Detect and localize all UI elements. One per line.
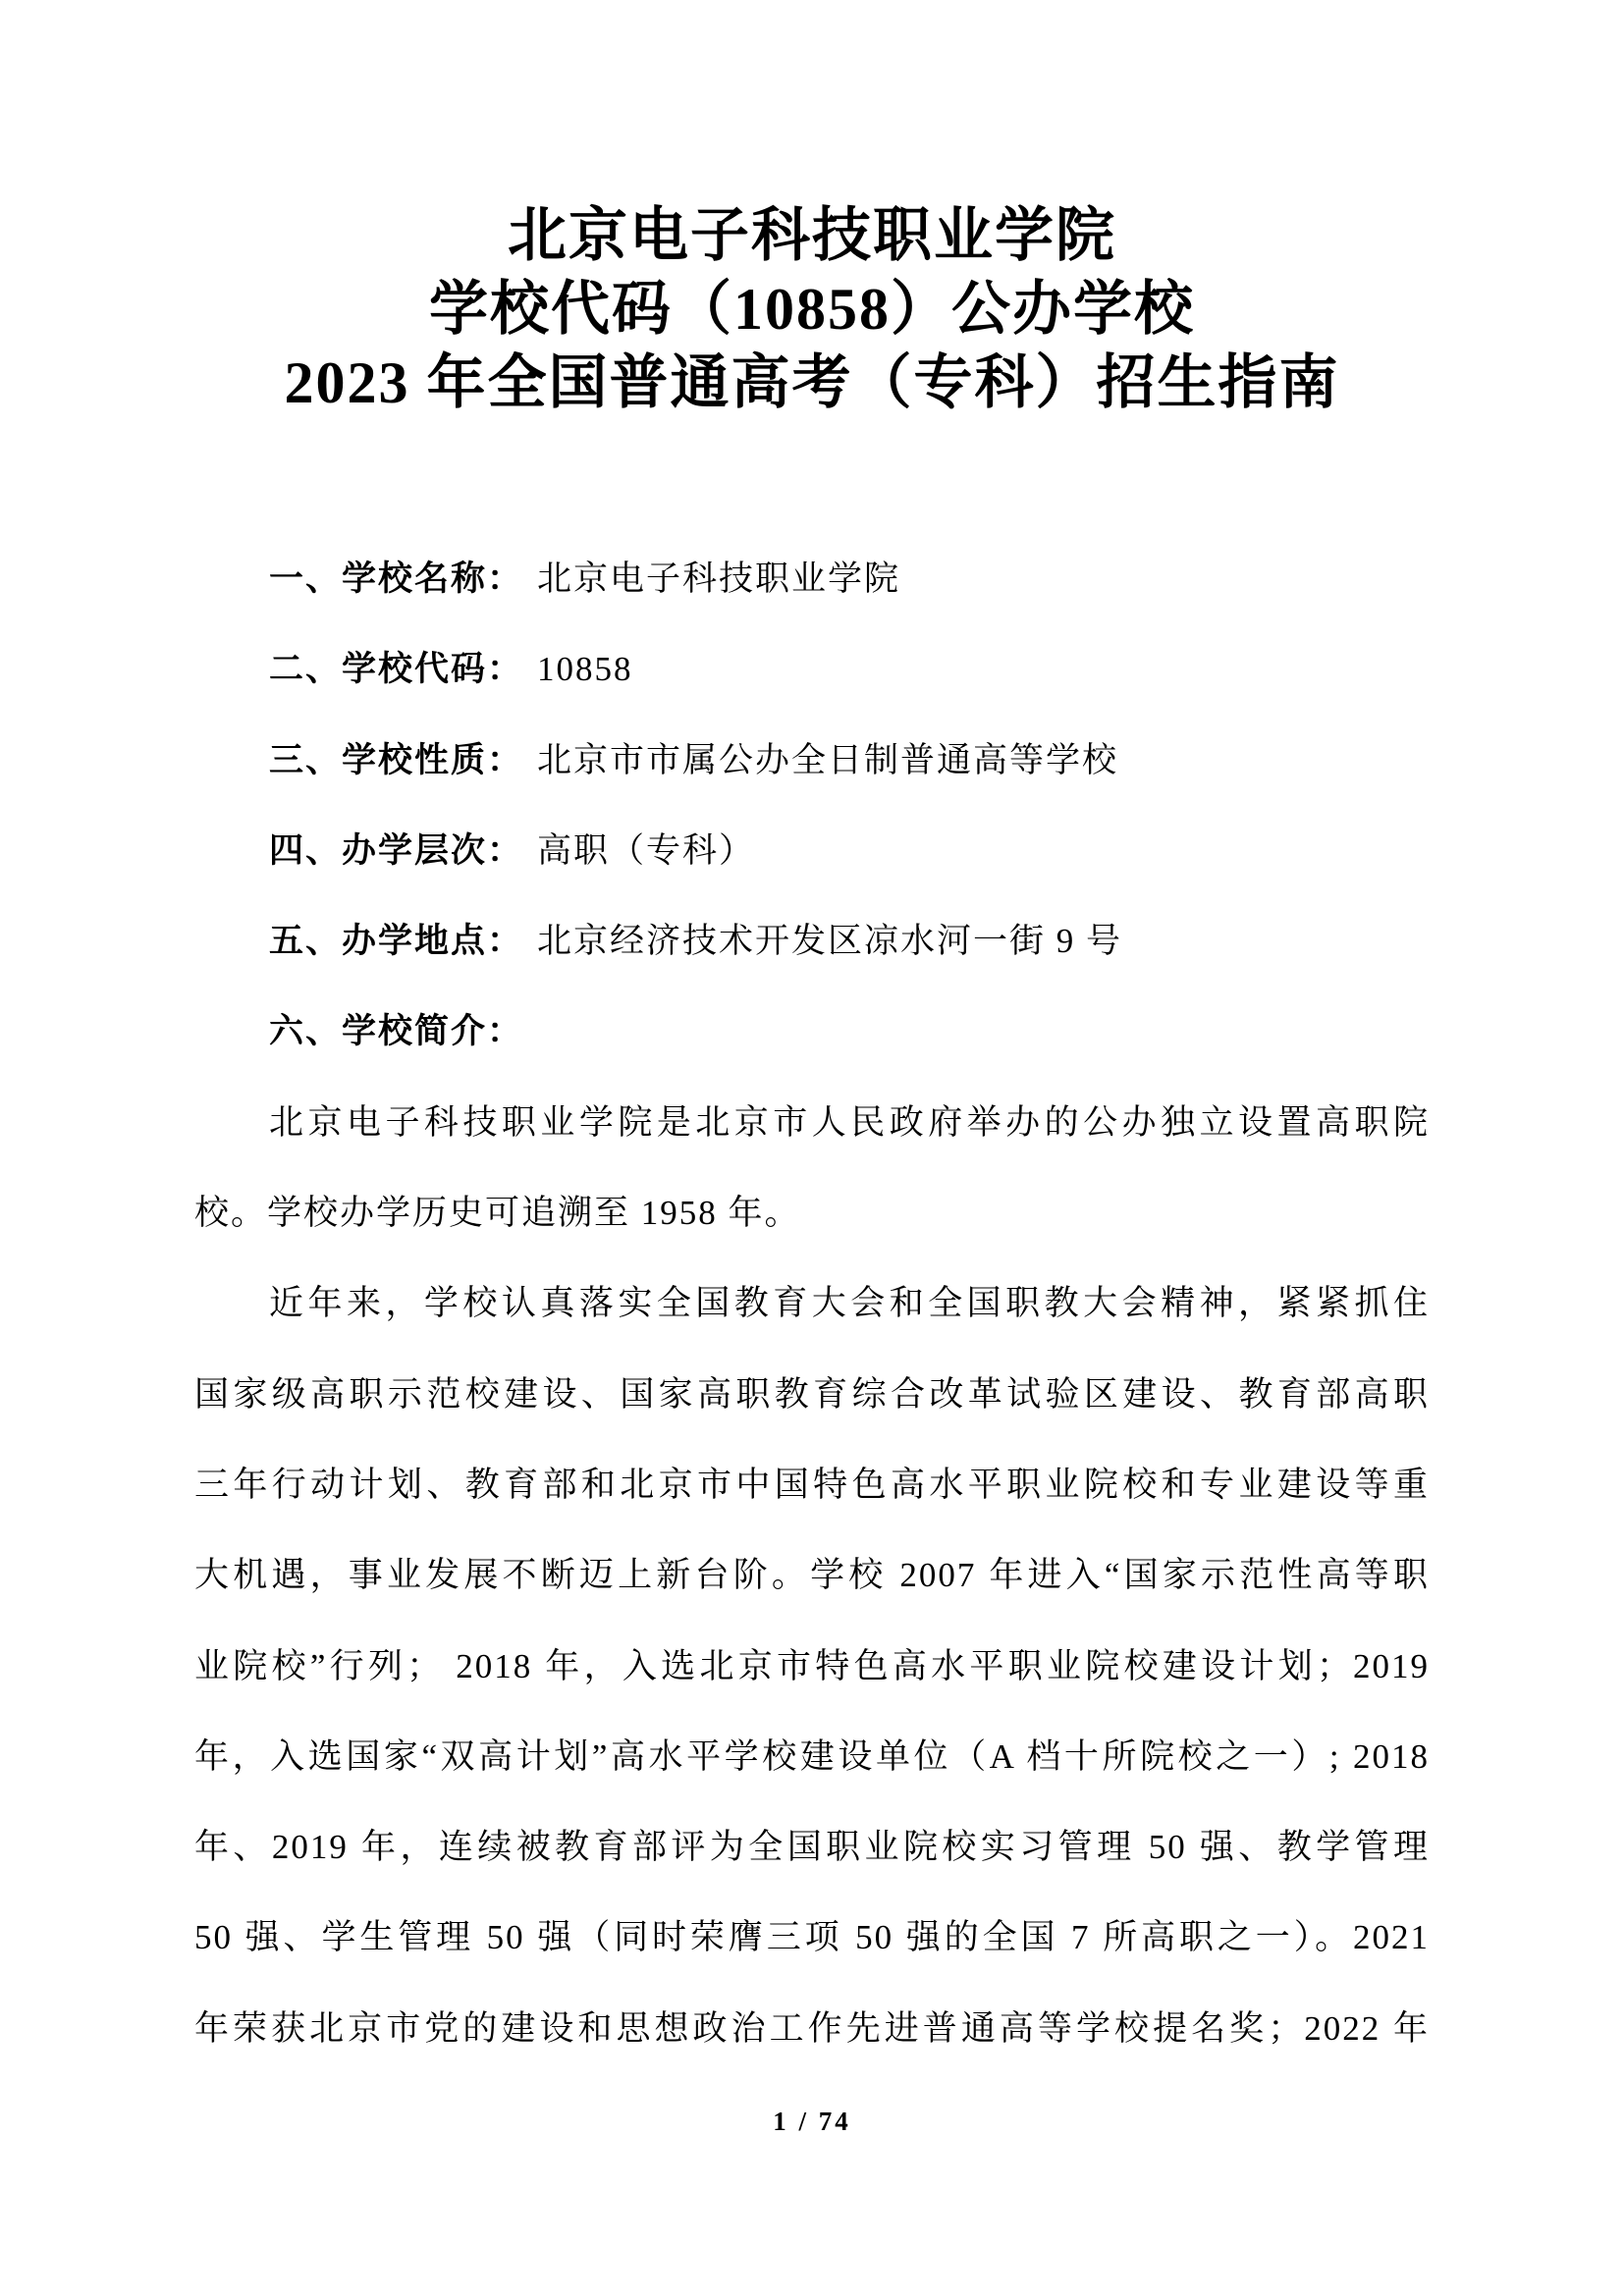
info-item: 一、学校名称：北京电子科技职业学院	[194, 534, 1430, 624]
paragraph-line: 年、2019 年，连续被教育部评为全国职业院校实习管理 50 强、教学管理	[194, 1802, 1430, 1893]
paragraph-line: 北京电子科技职业学院是北京市人民政府举办的公办独立设置高职院	[194, 1078, 1430, 1168]
info-item-label: 六、学校简介：	[269, 1012, 523, 1050]
paragraph-line: 业院校”行列； 2018 年，入选北京市特色高水平职业院校建设计划；2019	[194, 1622, 1430, 1712]
paragraph-lines: 近年来，学校认真落实全国教育大会和全国职教大会精神，紧紧抓住国家级高职示范校建设…	[194, 1258, 1430, 2074]
title-line: 2023 年全国普通高考（专科）招生指南	[0, 347, 1624, 420]
title-line: 学校代码（10858）公办学校	[0, 273, 1624, 347]
info-item-value: 10858	[537, 650, 633, 688]
title-line: 北京电子科技职业学院	[0, 199, 1624, 273]
page-footer: 1 / 74	[0, 2105, 1624, 2138]
document-page: 北京电子科技职业学院学校代码（10858）公办学校2023 年全国普通高考（专科…	[0, 0, 1624, 2296]
paragraphs: 北京电子科技职业学院是北京市人民政府举办的公办独立设置高职院校。学校办学历史可追…	[194, 1078, 1430, 2074]
paragraph-line: 国家级高职示范校建设、国家高职教育综合改革试验区建设、教育部高职	[194, 1350, 1430, 1440]
info-item-label: 二、学校代码：	[269, 650, 523, 688]
info-item: 六、学校简介：	[194, 987, 1430, 1077]
info-item-value: 北京经济技术开发区凉水河一街 9 号	[537, 922, 1122, 960]
paragraph-line: 年荣获北京市党的建设和思想政治工作先进普通高等学校提名奖；2022 年	[194, 1984, 1430, 2074]
info-item: 五、办学地点：北京经济技术开发区凉水河一街 9 号	[194, 896, 1430, 987]
info-item-value: 北京市市属公办全日制普通高等学校	[537, 741, 1118, 779]
info-item: 三、学校性质：北京市市属公办全日制普通高等学校	[194, 716, 1430, 806]
paragraph-line: 年，入选国家“双高计划”高水平学校建设单位（A 档十所院校之一）; 2018	[194, 1712, 1430, 1802]
paragraph-line: 大机遇，事业发展不断迈上新台阶。学校 2007 年进入“国家示范性高等职	[194, 1530, 1430, 1621]
info-list: 一、学校名称：北京电子科技职业学院二、学校代码：10858三、学校性质：北京市市…	[194, 534, 1430, 1078]
info-item-label: 三、学校性质：	[269, 741, 523, 779]
paragraph-line: 三年行动计划、教育部和北京市中国特色高水平职业院校和专业建设等重	[194, 1440, 1430, 1530]
paragraph-line: 50 强、学生管理 50 强（同时荣膺三项 50 强的全国 7 所高职之一）。2…	[194, 1893, 1430, 1983]
document-title: 北京电子科技职业学院学校代码（10858）公办学校2023 年全国普通高考（专科…	[0, 199, 1624, 420]
info-item-label: 四、办学层次：	[269, 831, 523, 870]
paragraph-lines: 北京电子科技职业学院是北京市人民政府举办的公办独立设置高职院校。学校办学历史可追…	[194, 1078, 1430, 1259]
info-item: 二、学校代码：10858	[194, 624, 1430, 715]
paragraph: 北京电子科技职业学院是北京市人民政府举办的公办独立设置高职院校。学校办学历史可追…	[194, 1078, 1430, 1259]
info-item-label: 五、办学地点：	[269, 922, 523, 960]
info-item-label: 一、学校名称：	[269, 560, 523, 598]
info-item: 四、办学层次：高职（专科）	[194, 806, 1430, 896]
paragraph-line: 校。学校办学历史可追溯至 1958 年。	[194, 1168, 1430, 1258]
info-item-value: 北京电子科技职业学院	[537, 560, 900, 598]
paragraph: 近年来，学校认真落实全国教育大会和全国职教大会精神，紧紧抓住国家级高职示范校建设…	[194, 1258, 1430, 2074]
paragraph-line: 近年来，学校认真落实全国教育大会和全国职教大会精神，紧紧抓住	[194, 1258, 1430, 1349]
page-number: 1 / 74	[773, 2107, 851, 2136]
info-item-value: 高职（专科）	[537, 831, 755, 870]
document-body: 一、学校名称：北京电子科技职业学院二、学校代码：10858三、学校性质：北京市市…	[194, 534, 1430, 2074]
